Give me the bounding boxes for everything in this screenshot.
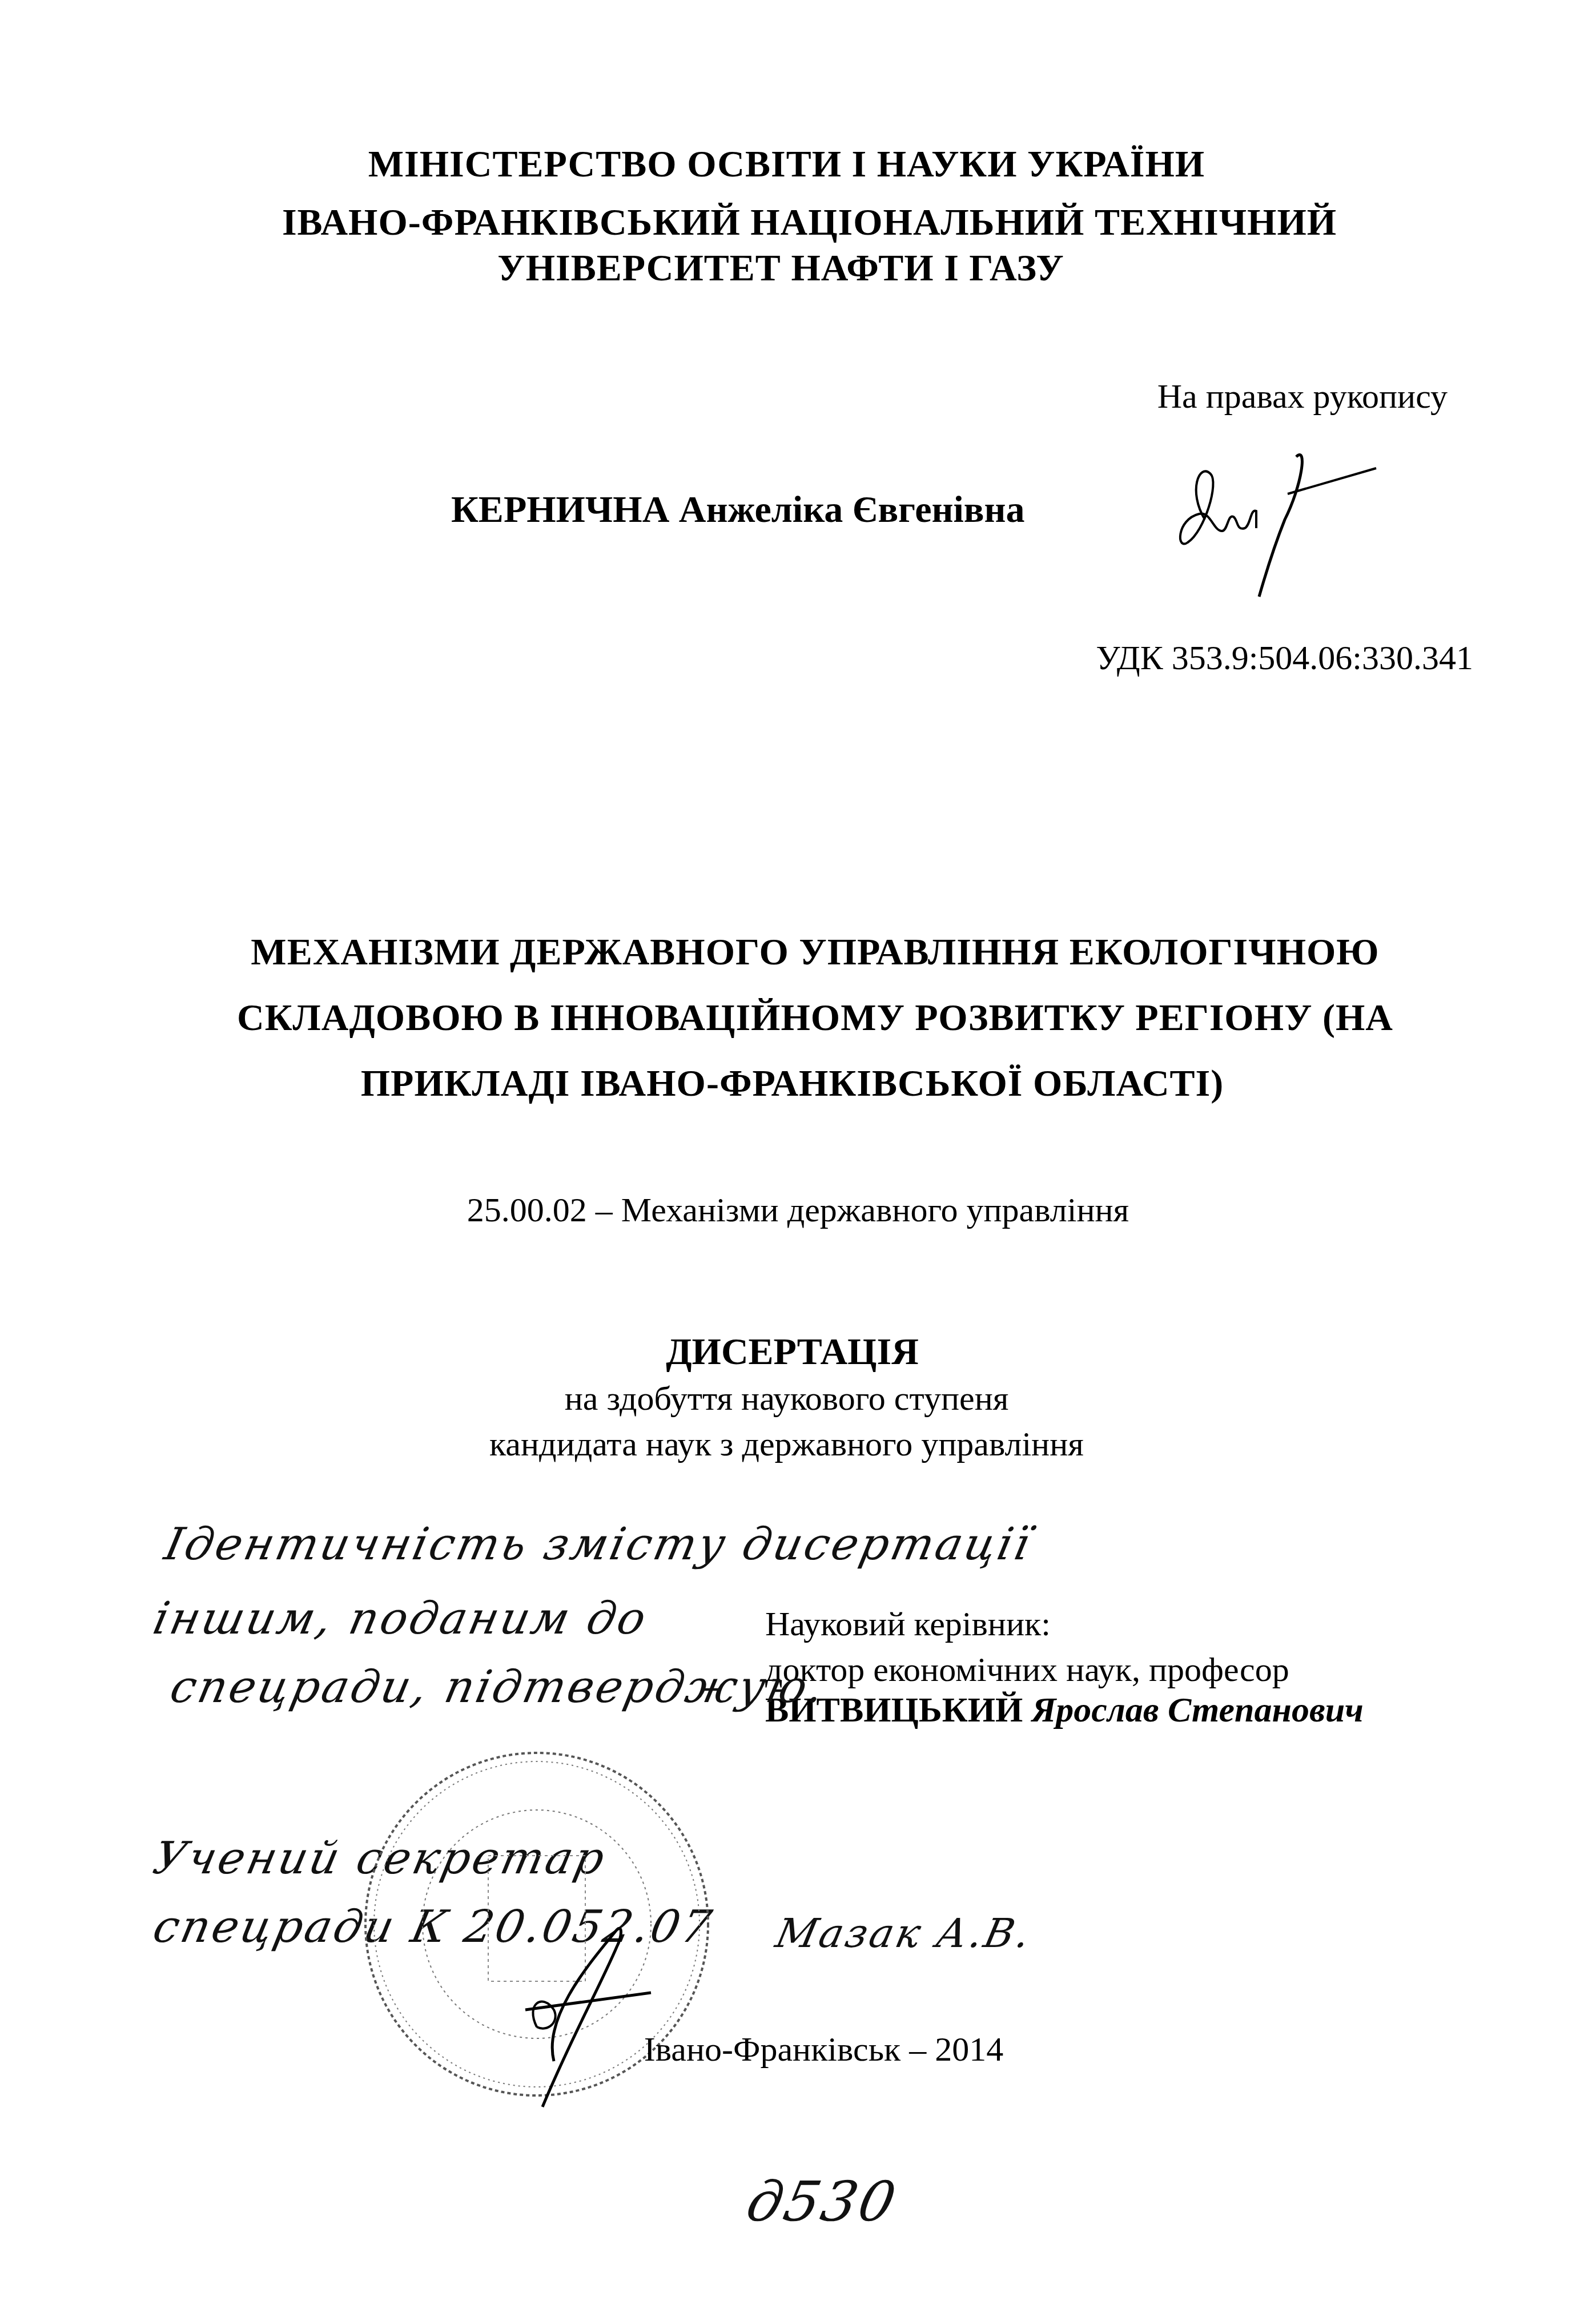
city-year: Івано-Франківськ – 2014 (26, 2030, 1596, 2069)
dissertation-label: ДИСЕРТАЦІЯ (0, 1330, 1590, 1374)
author-given-names: Анжеліка Євгенівна (679, 489, 1025, 530)
dissertation-title-line2: СКЛАДОВОЮ В ІННОВАЦІЙНОМУ РОЗВИТКУ РЕГІО… (17, 996, 1596, 1040)
archive-number: д530 (741, 2170, 903, 2234)
ministry-name: МІНІСТЕРСТВО ОСВІТИ І НАУКИ УКРАЇНИ (0, 143, 1585, 186)
supervisor-name: ВИТВИЦЬКИЙ Ярослав Степанович (765, 1690, 1364, 1731)
dissertation-title-line1: МЕХАНІЗМИ ДЕРЖАВНОГО УПРАВЛІННЯ ЕКОЛОГІЧ… (17, 931, 1596, 974)
degree-purpose-line1: на здобуття наукового ступеня (0, 1379, 1585, 1418)
manuscript-note: На правах рукопису (1157, 377, 1448, 416)
university-name-line1: ІВАНО-ФРАНКІВСЬКИЙ НАЦІОНАЛЬНИЙ ТЕХНІЧНИ… (11, 201, 1596, 244)
specialty-code: 25.00.02 – Механізми державного управлін… (0, 1190, 1596, 1230)
handwritten-note-line2: іншим, поданим до (148, 1593, 652, 1644)
university-name-line2: УНІВЕРСИТЕТ НАФТИ І ГАЗУ (0, 247, 1579, 290)
author-surname: КЕРНИЧНА (451, 489, 669, 530)
handwritten-note-line1: Ідентичність змісту дисертації (160, 1519, 1036, 1570)
author-signature-icon (1165, 451, 1405, 600)
author-name: КЕРНИЧНА Анжеліка Євгенівна (451, 488, 1025, 532)
degree-purpose-line2: кандидата наук з державного управління (0, 1425, 1585, 1464)
dissertation-title-line3: ПРИКЛАДІ ІВАНО-ФРАНКІВСЬКОЇ ОБЛАСТІ) (0, 1062, 1590, 1105)
supervisor-given-names: Ярослав Степанович (1032, 1691, 1364, 1729)
secretary-name: Мазак А.В. (771, 1910, 1036, 1957)
supervisor-label: Науковий керівник: (765, 1604, 1051, 1644)
handwritten-note-line3: спецради, підтверджую. (166, 1662, 830, 1713)
supervisor-degree: доктор економічних наук, професор (765, 1650, 1289, 1690)
udc-code: УДК 353.9:504.06:330.341 (1096, 638, 1473, 678)
